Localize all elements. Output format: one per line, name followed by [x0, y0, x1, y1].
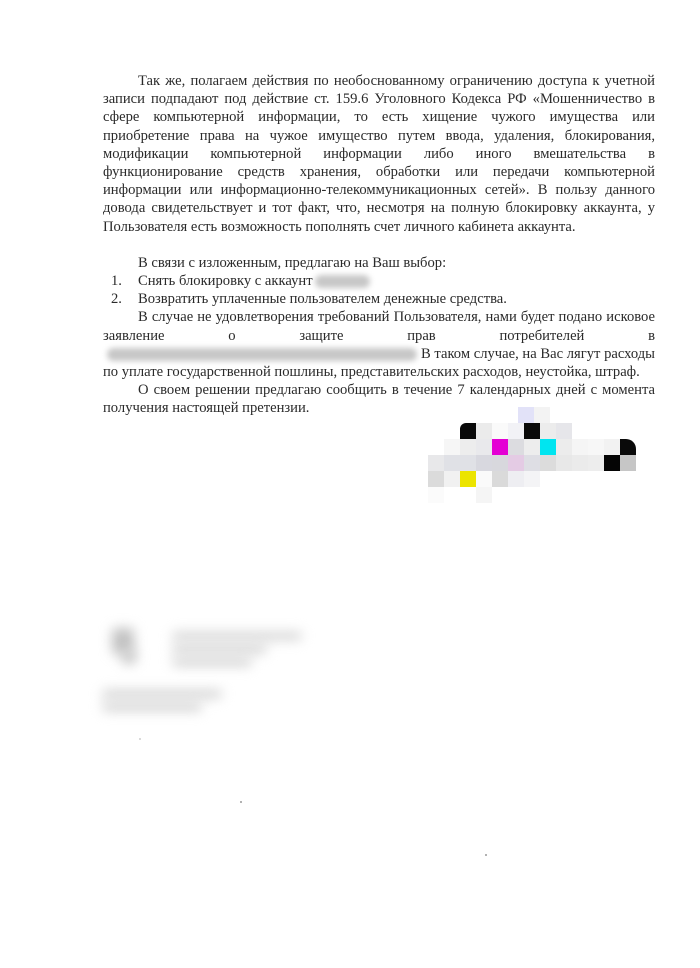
signature-pixel [604, 439, 620, 455]
signature-pixel [476, 487, 492, 503]
scan-speck [149, 411, 151, 413]
signature-pixel [556, 439, 572, 455]
signature-pixel [492, 455, 508, 471]
signature-pixel [428, 471, 444, 487]
signature-pixel [572, 439, 588, 455]
scan-speck [485, 854, 487, 856]
signature-pixel [444, 439, 460, 455]
signature-pixel [620, 439, 636, 455]
option-number: 1. [111, 272, 122, 290]
signature-pixel [524, 455, 540, 471]
paragraph-fraud-article: Так же, полагаем действия по необоснован… [103, 72, 655, 236]
scan-speck [240, 801, 242, 803]
blurred-text-line [172, 645, 267, 653]
signature-pixel [460, 471, 476, 487]
option-number: 2. [111, 290, 122, 308]
signature-pixel [460, 423, 476, 439]
signature-pixel [524, 471, 540, 487]
signature-pixel [524, 423, 540, 439]
signature-pixel [588, 455, 604, 471]
signature-pixel [572, 455, 588, 471]
blurred-text-line [102, 703, 202, 711]
document-body: Так же, полагаем действия по необоснован… [103, 72, 655, 418]
signature-pixel [518, 407, 534, 423]
signature-pixel [428, 455, 444, 471]
paragraph-claim: В случае не удовлетворения требований По… [103, 308, 655, 381]
document-page: Так же, полагаем действия по необоснован… [0, 0, 700, 968]
signature-pixel [556, 423, 572, 439]
signature-pixel [588, 439, 604, 455]
options-list: 1. Снять блокировку с аккаунт 2. Возврат… [103, 272, 655, 308]
blurred-logo-icon [122, 650, 136, 664]
signature-pixel [556, 455, 572, 471]
signature-pixel [476, 455, 492, 471]
signature-pixel [524, 439, 540, 455]
signature-pixel [508, 471, 524, 487]
option-text: Снять блокировку с аккаунт [138, 273, 313, 289]
signature-pixel [492, 423, 508, 439]
signature-pixel [540, 423, 556, 439]
signature-pixel [508, 423, 524, 439]
signature-pixel [540, 439, 556, 455]
signature-pixel [444, 471, 460, 487]
scan-speck [139, 738, 141, 740]
signature-pixel [492, 471, 508, 487]
paragraph-options-intro: В связи с изложенным, предлагаю на Ваш в… [103, 254, 655, 272]
redacted-account-name [315, 275, 370, 288]
signature-pixel [508, 455, 524, 471]
claim-text-start: В случае не удовлетворения требований По… [103, 309, 655, 343]
signature-pixel [444, 455, 460, 471]
signature-pixel [534, 407, 550, 423]
signature-pixel [604, 455, 620, 471]
option-text: Возвратить уплаченные пользователем дене… [138, 291, 507, 307]
blurred-text-line [102, 690, 222, 698]
option-item: 1. Снять блокировку с аккаунт [111, 272, 655, 290]
signature-pixel [540, 455, 556, 471]
signature-pixel [476, 439, 492, 455]
signature-pixel [492, 439, 508, 455]
signature-pixel [460, 455, 476, 471]
signature-pixel [428, 487, 444, 503]
blurred-text-line [172, 632, 302, 640]
signature-pixel [476, 471, 492, 487]
signature-pixel [476, 423, 492, 439]
blurred-text-line [172, 658, 252, 666]
signature-pixel [508, 439, 524, 455]
signature-pixel [620, 455, 636, 471]
signature-pixel [460, 439, 476, 455]
pixelated-signature [420, 405, 660, 505]
option-item: 2. Возвратить уплаченные пользователем д… [111, 290, 655, 308]
redacted-court-name [107, 348, 417, 361]
